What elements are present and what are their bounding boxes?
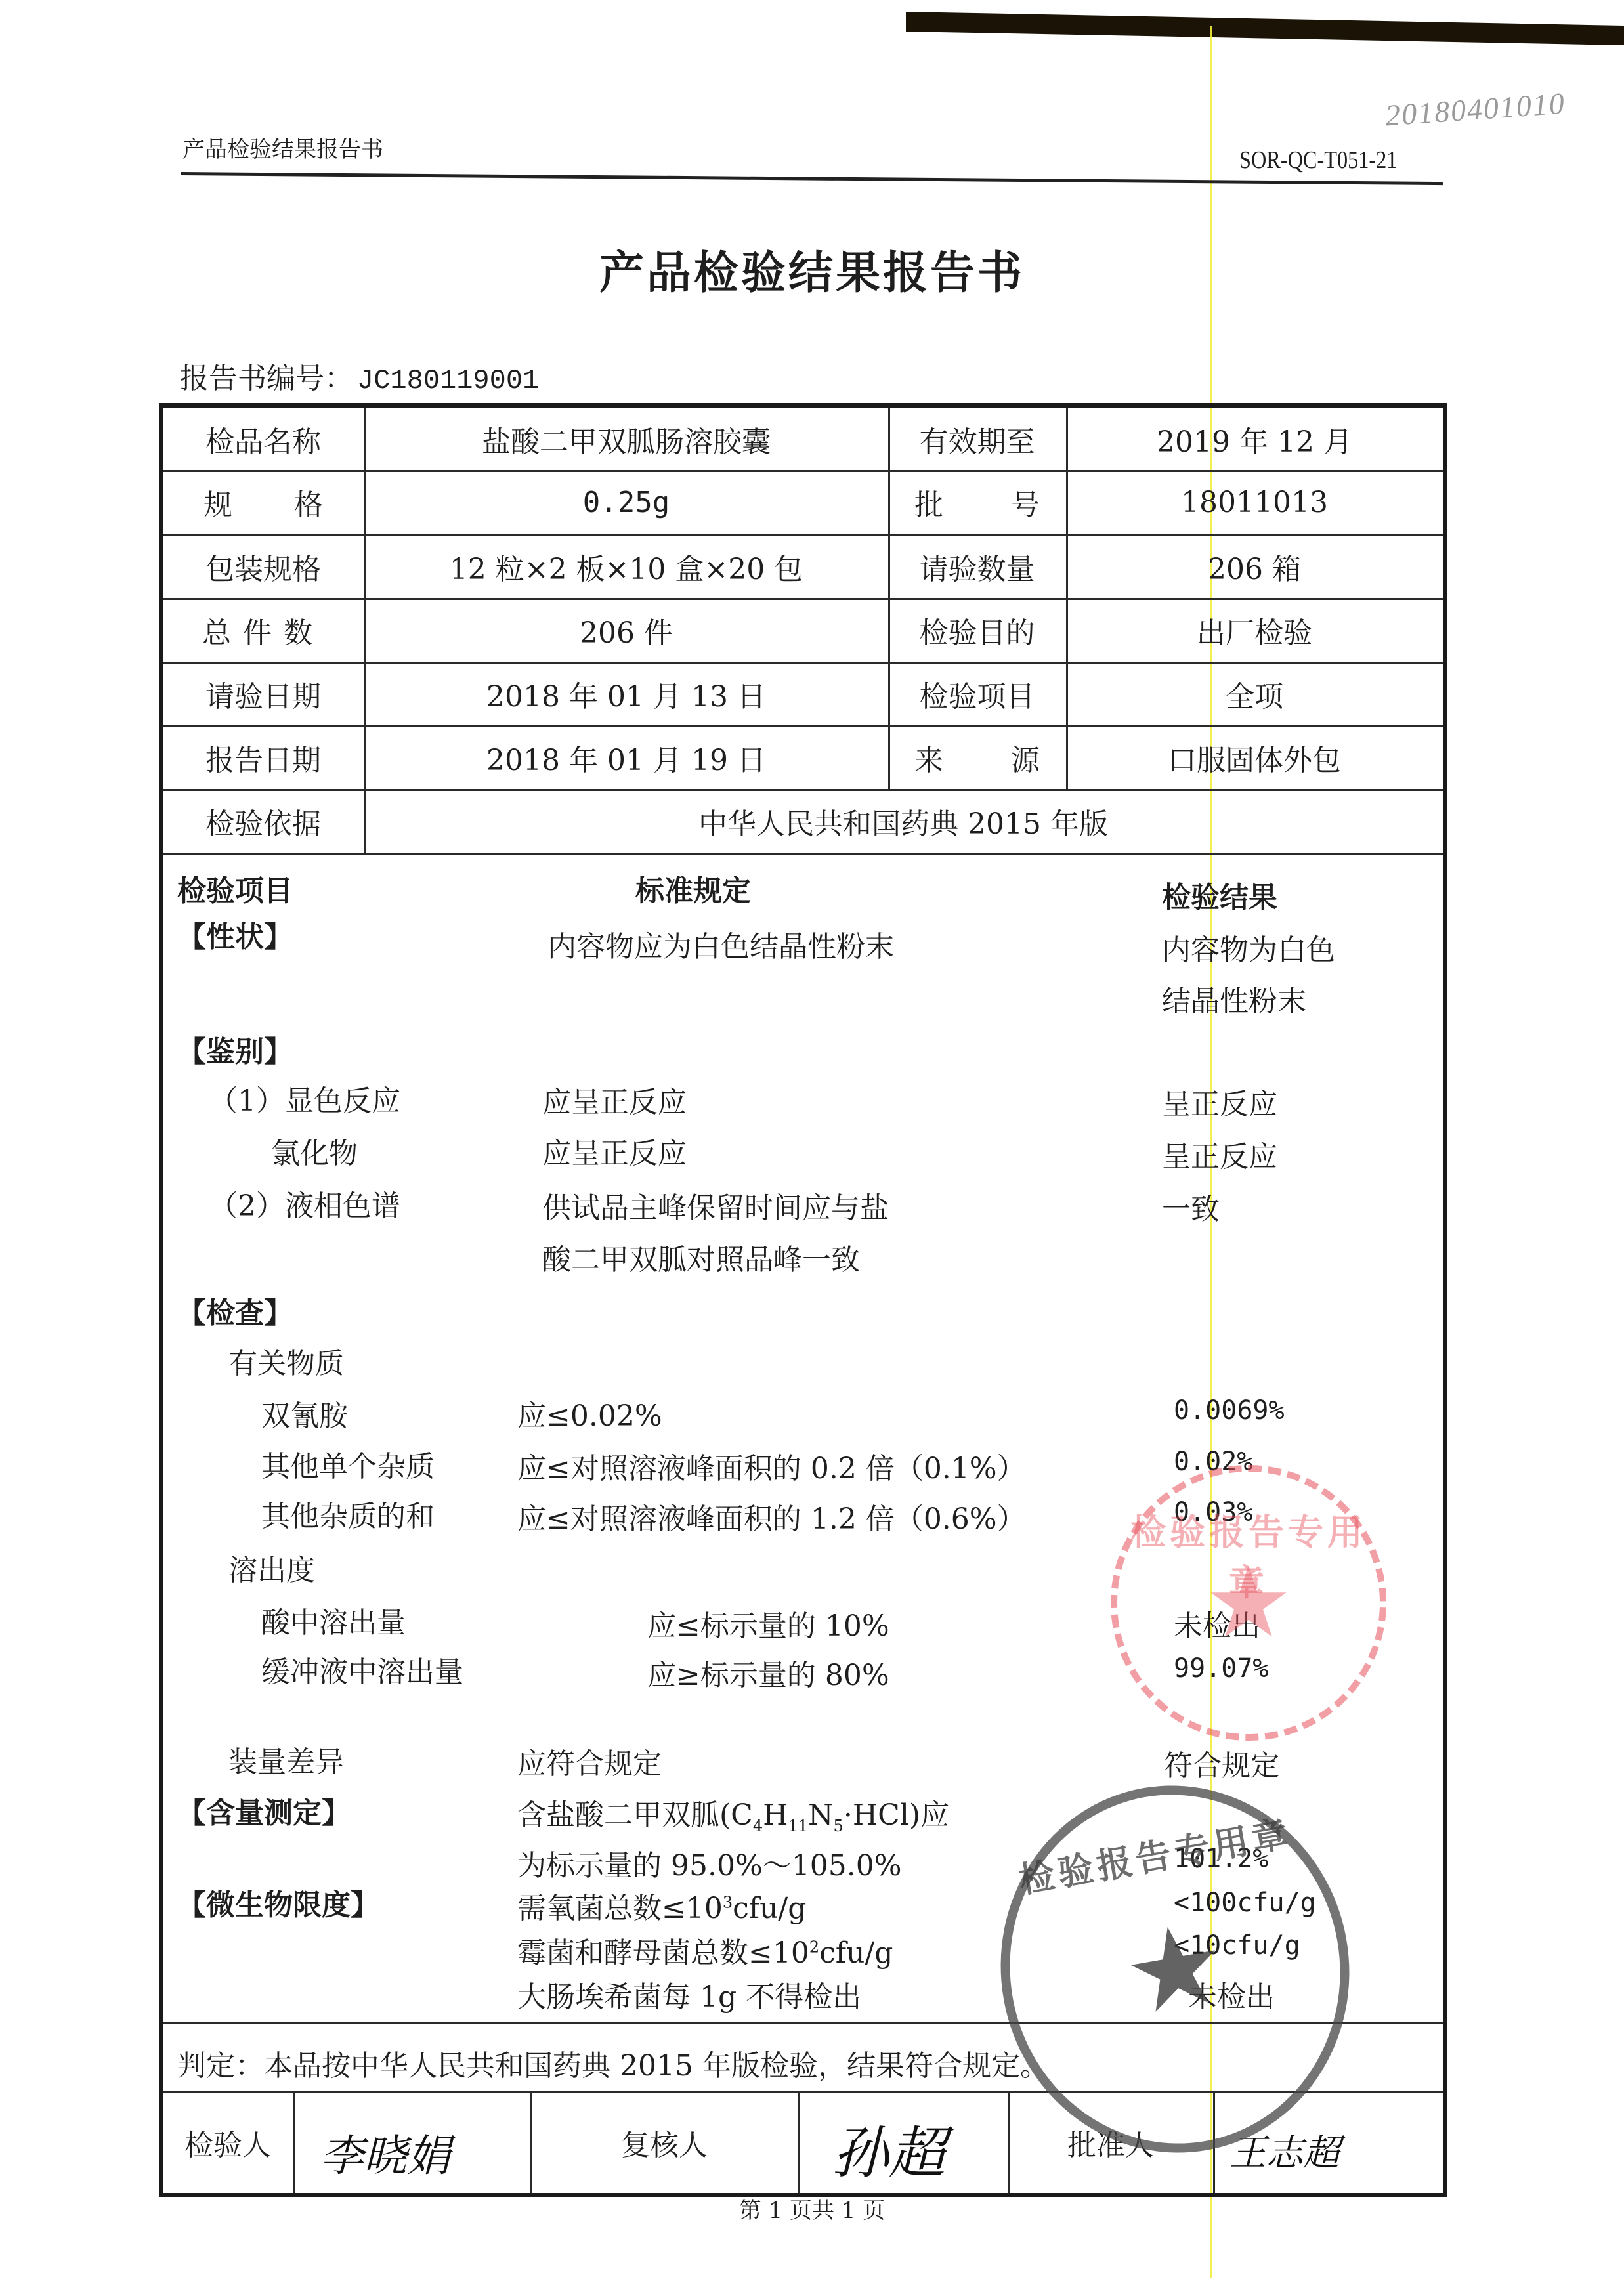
star-icon: ★ [1117,1472,1380,1734]
header-standard: 标准规定 [635,867,751,909]
standard-single-impurity: 应≤对照溶液峰面积的 0.2 倍（0.1%） [517,1445,1026,1487]
report-number-label: 报告书编号： [180,362,353,395]
item-color-reaction: （1）显色反应 [209,1077,400,1119]
value-packaging: 12 粒×2 板×10 盒×20 包 [364,534,889,598]
item-chloride: 氯化物 [271,1130,358,1172]
label-purpose: 检验目的 [888,598,1066,662]
label-request-date: 请验日期 [163,662,364,725]
standard-hplc-1: 供试品主峰保留时间应与盐 [542,1184,889,1226]
label-source: 来源 [888,725,1066,789]
label-inspector: 检验人 [163,2091,293,2193]
item-microbial-limits: 【微生物限度】 [177,1881,379,1923]
standard-hplc-2: 酸二甲双胍对照品峰一致 [542,1236,860,1278]
report-number-value: JC180119001 [357,365,539,396]
star-icon: ★ [983,1768,1368,2169]
standard-chloride: 应呈正反应 [542,1130,687,1172]
label-packaging: 包装规格 [163,534,364,598]
standard-dicyandiamide: 应≤0.02% [517,1392,662,1434]
value-basis: 中华人民共和国药典 2015 年版 [364,789,1443,853]
header-result: 检验结果 [1162,874,1277,916]
label-expiry: 有效期至 [888,408,1066,470]
item-related-substances: 有关物质 [228,1340,344,1382]
standard-appearance: 内容物应为白色结晶性粉末 [547,923,894,965]
result-appearance-1: 内容物为白色 [1162,926,1335,968]
standard-e-coli: 大肠埃希菌每 1g 不得检出 [517,1973,861,2015]
header-test-item: 检验项目 [177,867,293,909]
result-appearance-2: 结晶性粉末 [1162,977,1306,1019]
item-appearance: 【性状】 [177,913,293,955]
item-tests: 【检查】 [177,1289,293,1331]
standard-yeast-mold-count: 霉菌和酵母菌总数≤102cfu/g [517,1929,893,1971]
standard-color-reaction: 应呈正反应 [542,1078,687,1120]
label-reviewer: 复核人 [530,2091,798,2193]
standard-acid-release: 应≤标示量的 10% [647,1602,889,1644]
item-acid-release: 酸中溶出量 [261,1599,406,1641]
value-test-items: 全项 [1066,662,1443,725]
item-single-impurity: 其他单个杂质 [261,1443,435,1485]
label-test-items: 检验项目 [888,662,1066,725]
value-product-name: 盐酸二甲双胍肠溶胶囊 [364,408,889,470]
value-source: 口服固体外包 [1066,725,1443,789]
page-title: 产品检验结果报告书 [0,238,1624,301]
label-product-name: 检品名称 [163,408,364,470]
value-request-qty: 206 箱 [1066,534,1443,598]
standard-assay-1: 含盐酸二甲双胍(C4H11N5·HCl)应 [517,1791,949,1835]
scan-edge-shadow [906,12,1624,45]
result-dicyandiamide: 0.0069% [1174,1395,1285,1426]
standard-buffer-release: 应≥标示量的 80% [647,1651,889,1693]
standard-fill-variation: 应符合规定 [517,1740,662,1782]
value-batch: 18011013 [1066,470,1443,534]
row-divider [163,853,1443,855]
value-request-date: 2018 年 01 月 13 日 [364,662,889,725]
value-report-date: 2018 年 01 月 19 日 [364,725,889,789]
header-doc-code: SOR-QC-T051-21 [1239,146,1397,175]
col-divider [798,2091,800,2193]
handwritten-reference: 20180401010 [1384,85,1566,133]
label-basis: 检验依据 [163,789,364,853]
page-number: 第 1 页共 1 页 [0,2192,1624,2224]
header-doc-name: 产品检验结果报告书 [182,131,383,163]
label-request-qty: 请验数量 [888,534,1066,598]
result-color-reaction: 呈正反应 [1162,1080,1277,1122]
item-dicyandiamide: 双氰胺 [261,1392,348,1434]
signature-reviewer: 孙超 [832,2108,945,2189]
report-number: 报告书编号：JC180119001 [180,354,539,396]
value-total-pieces: 206 件 [364,598,889,662]
item-hplc: （2）液相色谱 [209,1182,400,1224]
item-fill-variation: 装量差异 [228,1738,344,1780]
col-divider [293,2091,295,2193]
result-hplc: 一致 [1162,1185,1220,1227]
value-spec: 0.25g [364,470,889,534]
item-buffer-release: 缓冲液中溶出量 [261,1648,463,1690]
label-spec: 规格 [163,470,364,534]
result-chloride: 呈正反应 [1162,1133,1277,1175]
value-purpose: 出厂检验 [1066,598,1443,662]
standard-assay-2: 为标示量的 95.0%～105.0% [517,1842,902,1884]
standard-aerobic-count: 需氧菌总数≤103cfu/g [517,1884,806,1926]
value-expiry: 2019 年 12 月 [1066,408,1443,470]
signature-inspector: 李晓娟 [320,2121,450,2183]
item-assay: 【含量测定】 [177,1789,351,1831]
item-identification: 【鉴别】 [177,1028,293,1070]
standard-total-impurities: 应≤对照溶液峰面积的 1.2 倍（0.6%） [517,1495,1026,1537]
item-total-impurities: 其他杂质的和 [261,1493,435,1535]
item-dissolution: 溶出度 [228,1546,315,1588]
label-report-date: 报告日期 [163,725,364,789]
red-company-stamp: 检验报告专用章 ★ [1111,1465,1386,1741]
label-total-pieces: 总件数 [163,598,364,662]
conclusion: 判定：本品按中华人民共和国药典 2015 年版检验，结果符合规定。 [177,2042,1049,2084]
label-batch: 批号 [888,470,1066,534]
